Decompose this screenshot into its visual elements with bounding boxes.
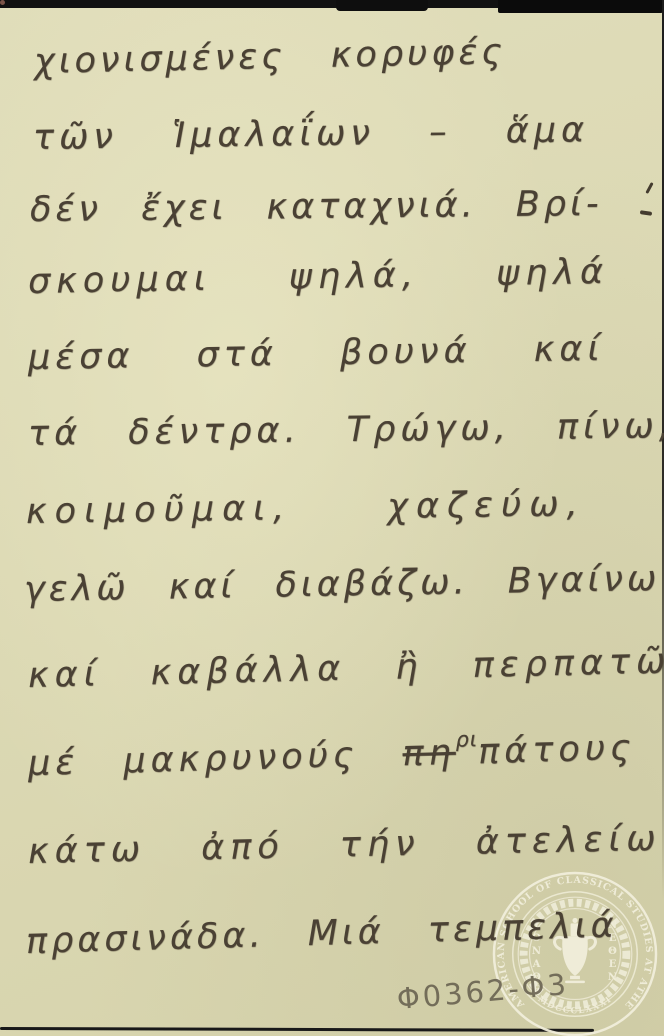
scan-top-edge-bump — [336, 0, 428, 11]
scan-top-edge-thick — [498, 0, 664, 13]
handwriting-line: γελῶ καί διαβάζω. Βγαίνω — [24, 559, 661, 610]
ascsa-seal-stamp: AMERICAN SCHOOL OF CLASSICAL STUDIES AT … — [491, 870, 659, 1036]
ink-speck — [645, 182, 653, 194]
inserted-text: ρι — [455, 727, 478, 752]
handwriting-line: χιονισμένες κορυφές — [34, 32, 507, 82]
seal-graphic: AMERICAN SCHOOL OF CLASSICAL STUDIES AT … — [491, 870, 659, 1036]
letter-page: AMERICAN SCHOOL OF CLASSICAL STUDIES AT … — [0, 0, 664, 1036]
handwriting-line: τῶν Ἱμαλαΐων – ἅμα — [33, 110, 590, 158]
handwriting-line: καί καβάλλα ἢ περπατῶ — [28, 641, 664, 696]
ink-speck — [640, 210, 652, 216]
handwriting-segment: μέ μακρυνούς — [27, 734, 403, 784]
ink-speck — [0, 0, 5, 5]
handwriting-line: σκουμαι ψηλά, ψηλά — [28, 252, 610, 302]
handwriting-line: τά δέντρα. Τρώγω, πίνω, — [28, 406, 664, 454]
handwriting-line: μέσα στά βουνά καί — [28, 329, 605, 378]
struck-out-text: πη — [402, 733, 456, 774]
handwriting-line: κάτω ἀπό τήν ἀτελείωτη — [28, 818, 664, 872]
handwriting-segment: πάτους — [478, 728, 636, 772]
handwriting-line: κοιμοῦμαι, χαζεύω, — [26, 484, 586, 532]
handwriting-line-with-correction: μέ μακρυνούς πηριπάτους — [27, 728, 636, 784]
handwriting-line: δέν ἔχει καταχνιά. Βρί- — [30, 184, 603, 230]
